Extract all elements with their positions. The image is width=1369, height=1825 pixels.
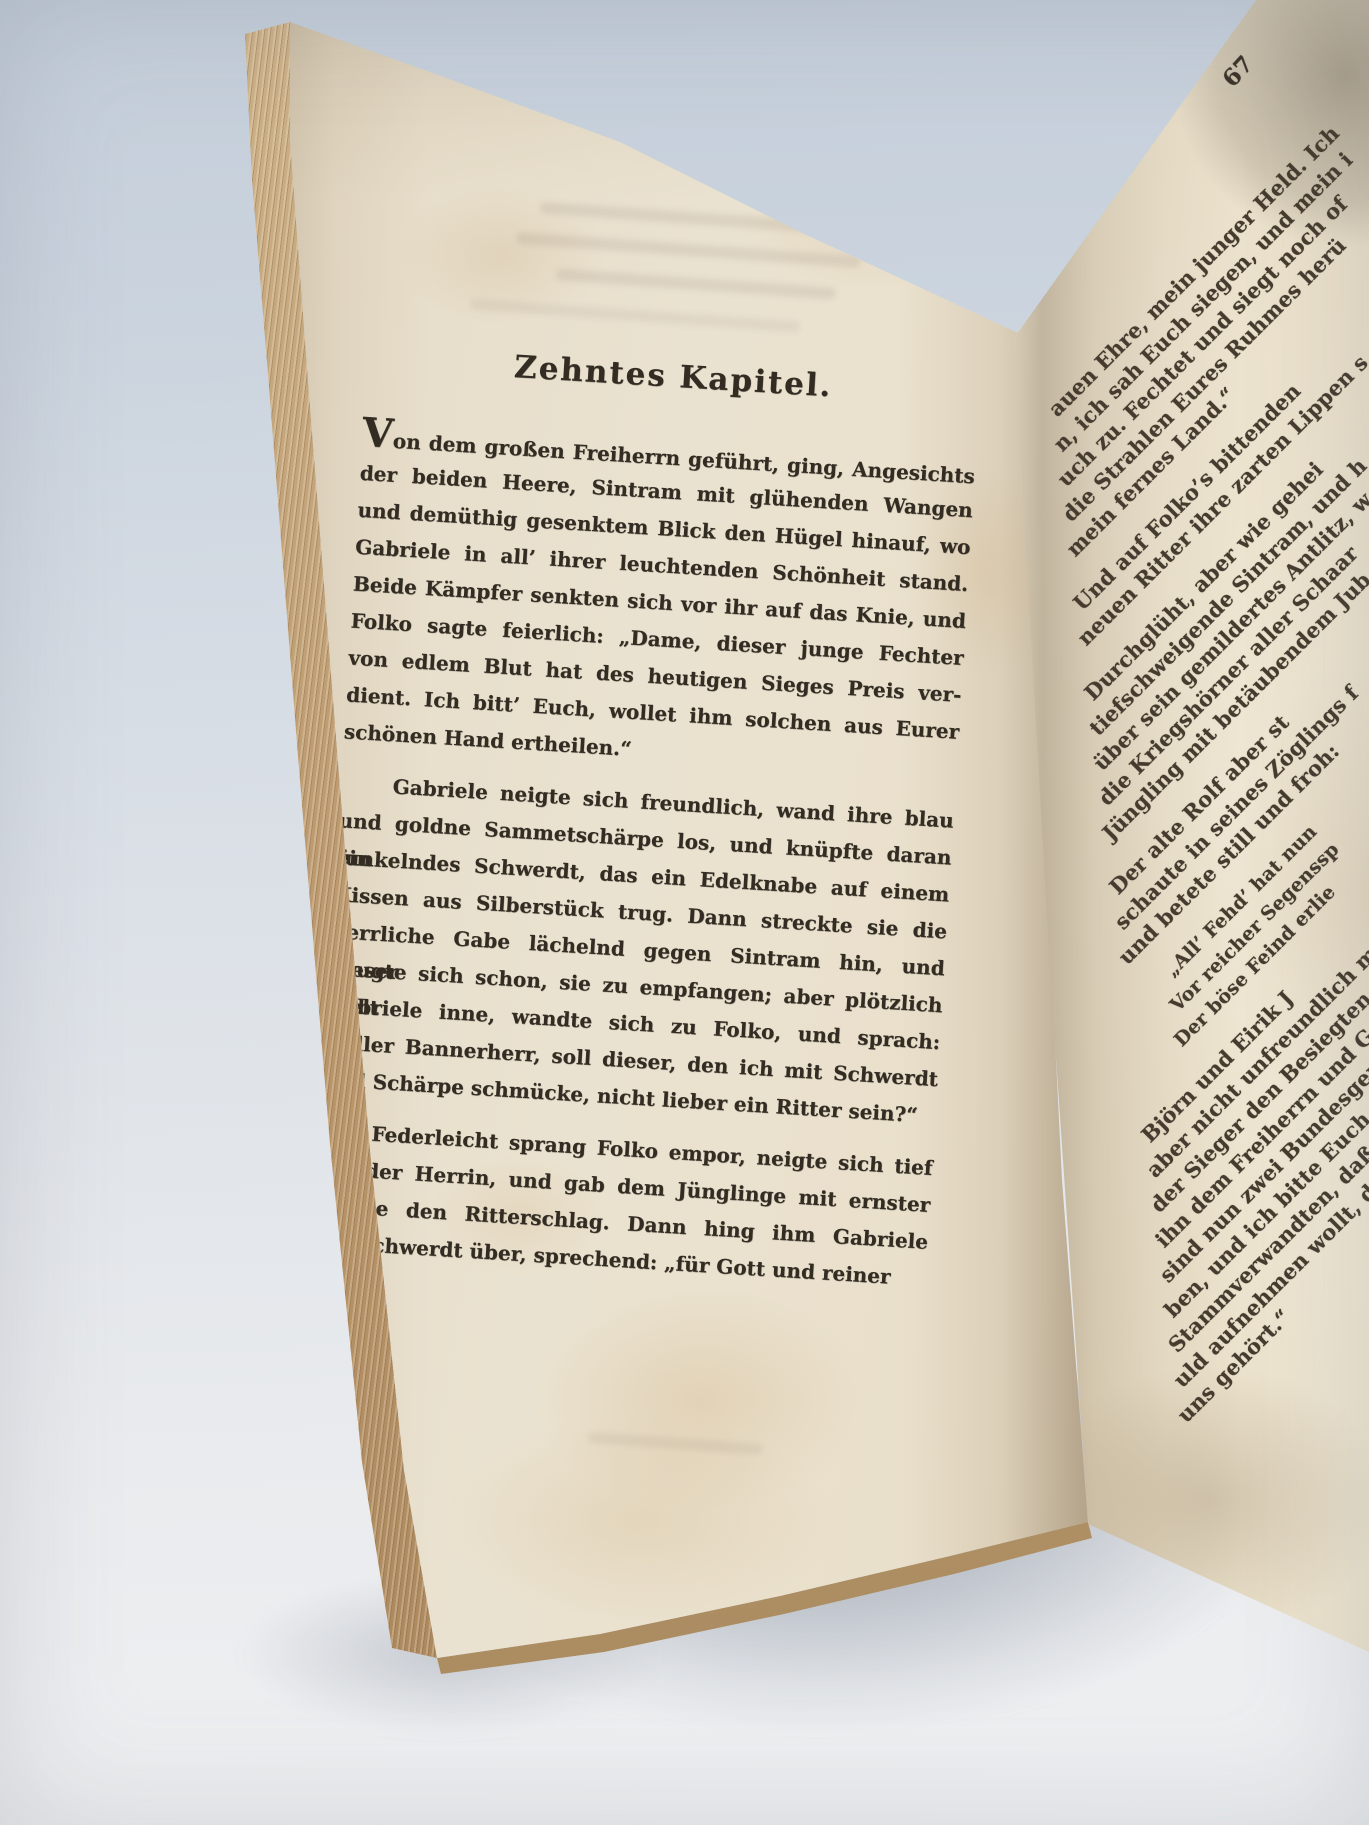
left-page-text-block: Zehntes Kapitel. Von dem großen Freiherr… <box>312 340 981 1298</box>
show-through-smudge <box>588 1432 763 1455</box>
body-paragraph: Federleicht sprang Folko empor, neigte s… <box>312 1113 934 1298</box>
page-number: 67 <box>1217 51 1259 93</box>
chapter-heading: Zehntes Kapitel. <box>366 340 981 413</box>
body-text: Von dem großen Freiherrn geführt, ging, … <box>312 418 976 1298</box>
show-through-smudge <box>516 232 861 268</box>
show-through-smudge <box>540 202 840 235</box>
show-through-smudge <box>470 299 800 333</box>
body-paragraph: Von dem großen Freiherrn geführt, ging, … <box>343 418 976 788</box>
show-through-smudge <box>556 268 836 300</box>
text-line: uch zu. Fechtet und siegt noch of <box>1052 191 1352 491</box>
book-photo: Zehntes Kapitel. Von dem großen Freiherr… <box>0 0 1369 1825</box>
body-paragraph: Gabriele neigte sich freundlich, wand ih… <box>322 765 955 1135</box>
